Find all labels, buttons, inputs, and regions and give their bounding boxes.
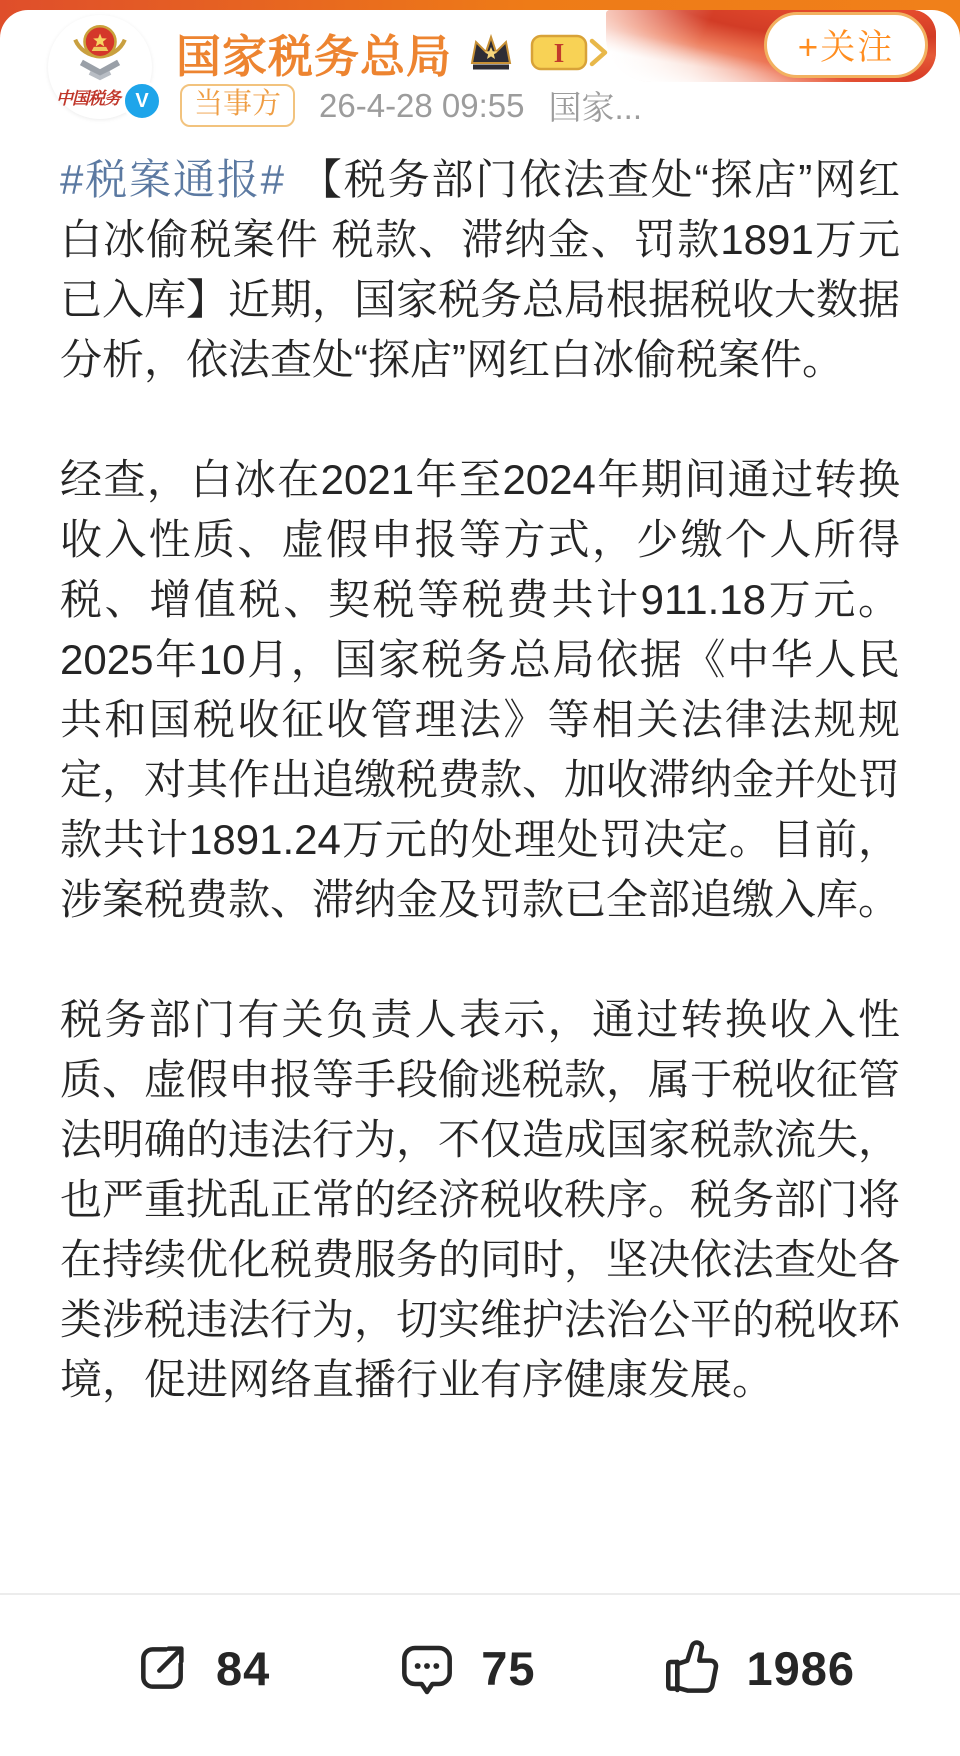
post-content: #税案通报#【税务部门依法查处“探店”网红白冰偷税案件 税款、滞纳金、罚款189…: [0, 138, 960, 1583]
level-badge-label: I: [554, 38, 565, 68]
like-button[interactable]: 1986: [660, 1636, 855, 1700]
paragraph-2: 经查，白冰在2021年至2024年期间通过转换收入性质、虚假申报等方式，少缴个人…: [60, 450, 900, 930]
comment-icon: [395, 1636, 459, 1700]
comment-button[interactable]: 75: [395, 1636, 535, 1700]
meta-row: 当事方 26-4-28 09:55 国家...: [180, 82, 642, 129]
timestamp: 26-4-28 09:55: [319, 87, 525, 125]
verified-badge-icon: V: [122, 81, 162, 121]
party-badge: 当事方: [180, 84, 295, 127]
username[interactable]: 国家税务总局: [176, 20, 452, 85]
source-truncated[interactable]: 国家...: [549, 82, 643, 129]
thumbs-up-icon: [660, 1636, 724, 1700]
share-count: 84: [216, 1641, 270, 1696]
avatar[interactable]: 中国税务 V: [48, 15, 152, 119]
tax-emblem-icon: [66, 19, 134, 81]
like-count: 1986: [746, 1641, 855, 1696]
level-badge: I: [530, 32, 610, 74]
paragraph-1: #税案通报#【税务部门依法查处“探店”网红白冰偷税案件 税款、滞纳金、罚款189…: [60, 150, 900, 390]
post-card: 中国税务 V 国家税务总局 I +关注 当事方 26-4-28 09:55: [0, 10, 960, 1756]
name-row: 国家税务总局 I: [176, 20, 610, 85]
action-bar: 84 75 1986: [0, 1595, 960, 1755]
share-icon: [130, 1636, 194, 1700]
hashtag-link[interactable]: #税案通报#: [60, 156, 284, 203]
share-button[interactable]: 84: [130, 1636, 270, 1700]
comment-count: 75: [481, 1641, 535, 1696]
avatar-org-text: 中国税务: [56, 90, 128, 107]
follow-button-label: +关注: [798, 20, 894, 70]
paragraph-3: 税务部门有关负责人表示，通过转换收入性质、虚假申报等手段偷逃税款，属于税收征管法…: [60, 990, 900, 1410]
weibo-post-page: 中国税务 V 国家税务总局 I +关注 当事方 26-4-28 09:55: [0, 0, 960, 1756]
crown-icon: [466, 32, 516, 74]
follow-button[interactable]: +关注: [764, 12, 928, 78]
